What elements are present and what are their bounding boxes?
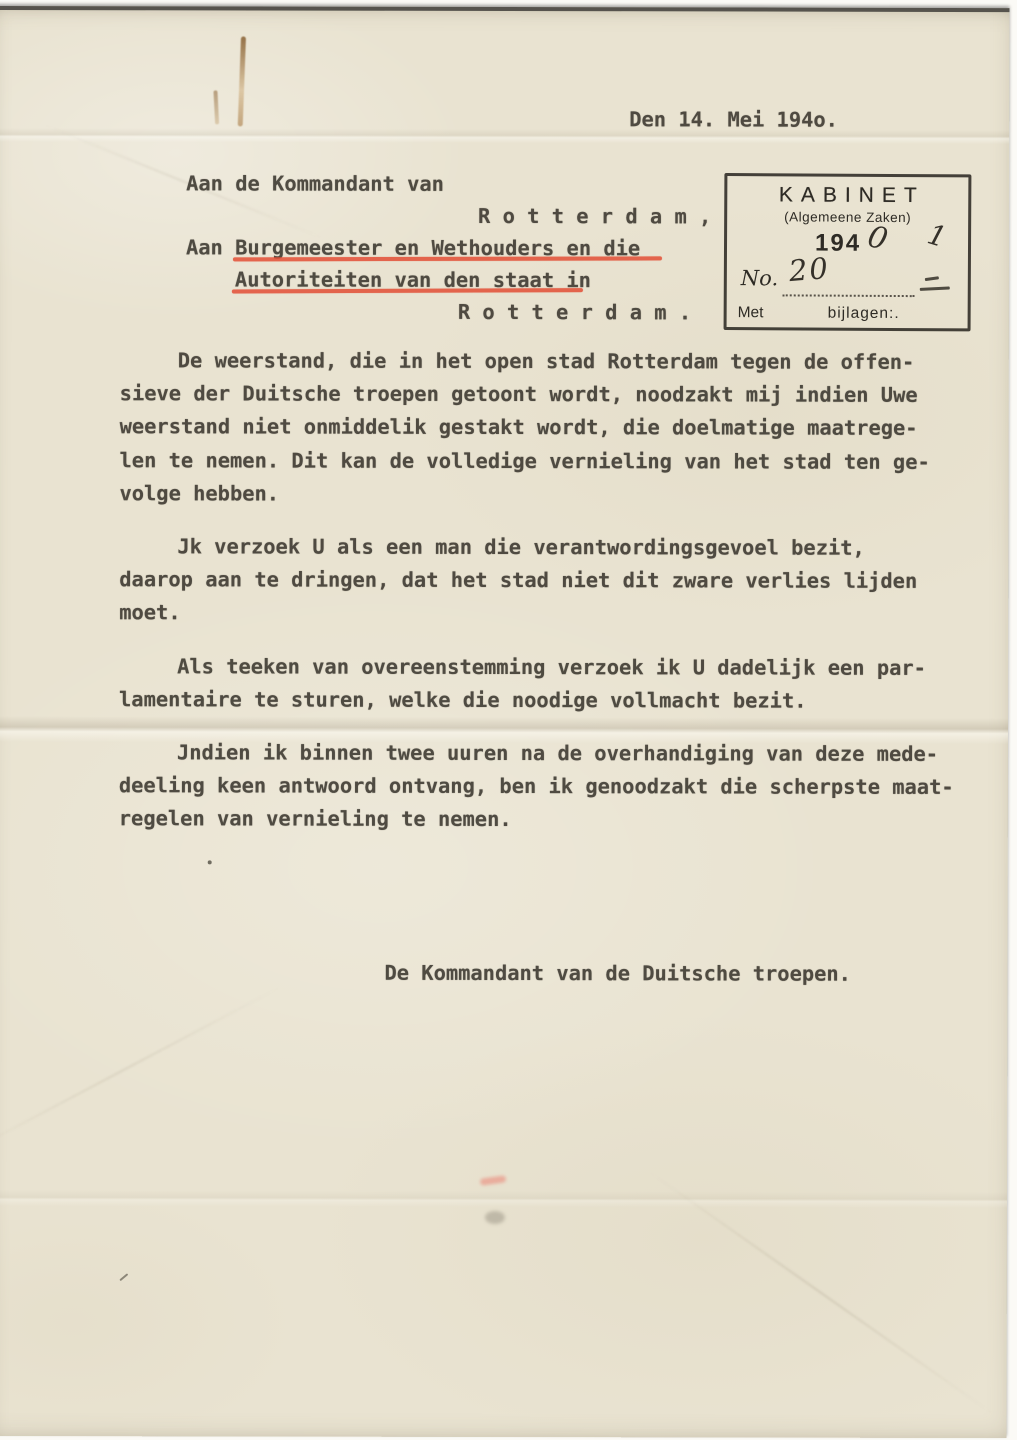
address-line-1: Aan de Kommandant van [186, 167, 711, 200]
paragraph: De weerstand, die in het open stad Rotte… [119, 344, 959, 512]
signature-line: De Kommandant van de Duitsche troepen. [384, 956, 958, 990]
stamp-bijlagen-label: bijlagen:. [828, 305, 900, 323]
body-line: Jk verzoek U als een man die verantwordi… [119, 530, 959, 565]
stamp-dash-mark [925, 276, 939, 280]
body-line: volge hebben. [119, 477, 959, 512]
body-line: moet. [119, 597, 959, 632]
body-line: lamentaire te sturen, welke die noodige … [119, 683, 959, 718]
paper: Den 14. Mei 194o. Aan de Kommandant van … [0, 6, 1009, 1438]
paper-crease [0, 128, 1009, 144]
body-line: De weerstand, die in het open stad Rotte… [120, 344, 960, 379]
stamp-dash-mark [920, 287, 950, 291]
address-line-3-prefix: Aan [186, 235, 235, 259]
body-line: Als teeken van overeenstemming verzoek i… [119, 650, 959, 685]
red-smudge [480, 1175, 507, 1185]
body-line: sieve der Duitsche troepen getoont wordt… [120, 377, 960, 412]
scanned-letter: Den 14. Mei 194o. Aan de Kommandant van … [0, 0, 1017, 1440]
address-line-5: R o t t e r d a m . [458, 296, 711, 329]
body-line: daarop aan te dringen, dat het stad niet… [119, 563, 959, 598]
address-line-4: Autoriteiten van den staat in [235, 263, 711, 296]
red-underlined-text: Autoriteiten van den staat in [235, 263, 591, 296]
stamp-title: KABINET [727, 183, 968, 208]
body-line: regelen van vernieling te nemen. [119, 803, 959, 838]
address-line-2: R o t t e r d a m , [478, 200, 711, 232]
paper-crease [648, 1171, 993, 1414]
body-line: weerstand niet onmiddelik gestakt wordt,… [120, 411, 960, 446]
stamp-dotted-line [783, 272, 915, 297]
body-line: len te nemen. Dit kan de volledige verni… [120, 444, 960, 479]
paragraph: Als teeken van overeenstemming verzoek i… [119, 650, 959, 718]
rust-stain [213, 90, 219, 124]
address-line-3: Aan Burgemeester en Wethouders en die [186, 231, 711, 264]
paragraph: Jk verzoek U als een man die verantwordi… [119, 530, 959, 631]
address-block: Aan de Kommandant van R o t t e r d a m … [186, 167, 712, 328]
date-line: Den 14. Mei 194o. [629, 107, 838, 131]
letter-body: De weerstand, die in het open stad Rotte… [118, 344, 959, 991]
gray-smudge [485, 1211, 505, 1224]
stamp-no-label: No. [741, 266, 778, 290]
stamp-met-label: Met [738, 304, 764, 322]
paragraph: Jndien ik binnen twee uuren na de overha… [119, 736, 959, 837]
rust-stain [238, 36, 246, 126]
stamp-year-digit-handwritten: 0 [864, 219, 891, 258]
body-line: Jndien ik binnen twee uuren na de overha… [119, 736, 959, 771]
scratch-mark [119, 1273, 128, 1281]
kabinet-stamp: KABINET (Algemeene Zaken) 194 0 1 No. 20… [724, 173, 972, 331]
paper-crease [0, 986, 281, 1156]
body-line: deeling keen antwoord ontvang, ben ik ge… [119, 769, 959, 804]
paper-crease [0, 1190, 1007, 1208]
red-underlined-text: Burgemeester en Wethouders en die [235, 231, 640, 264]
